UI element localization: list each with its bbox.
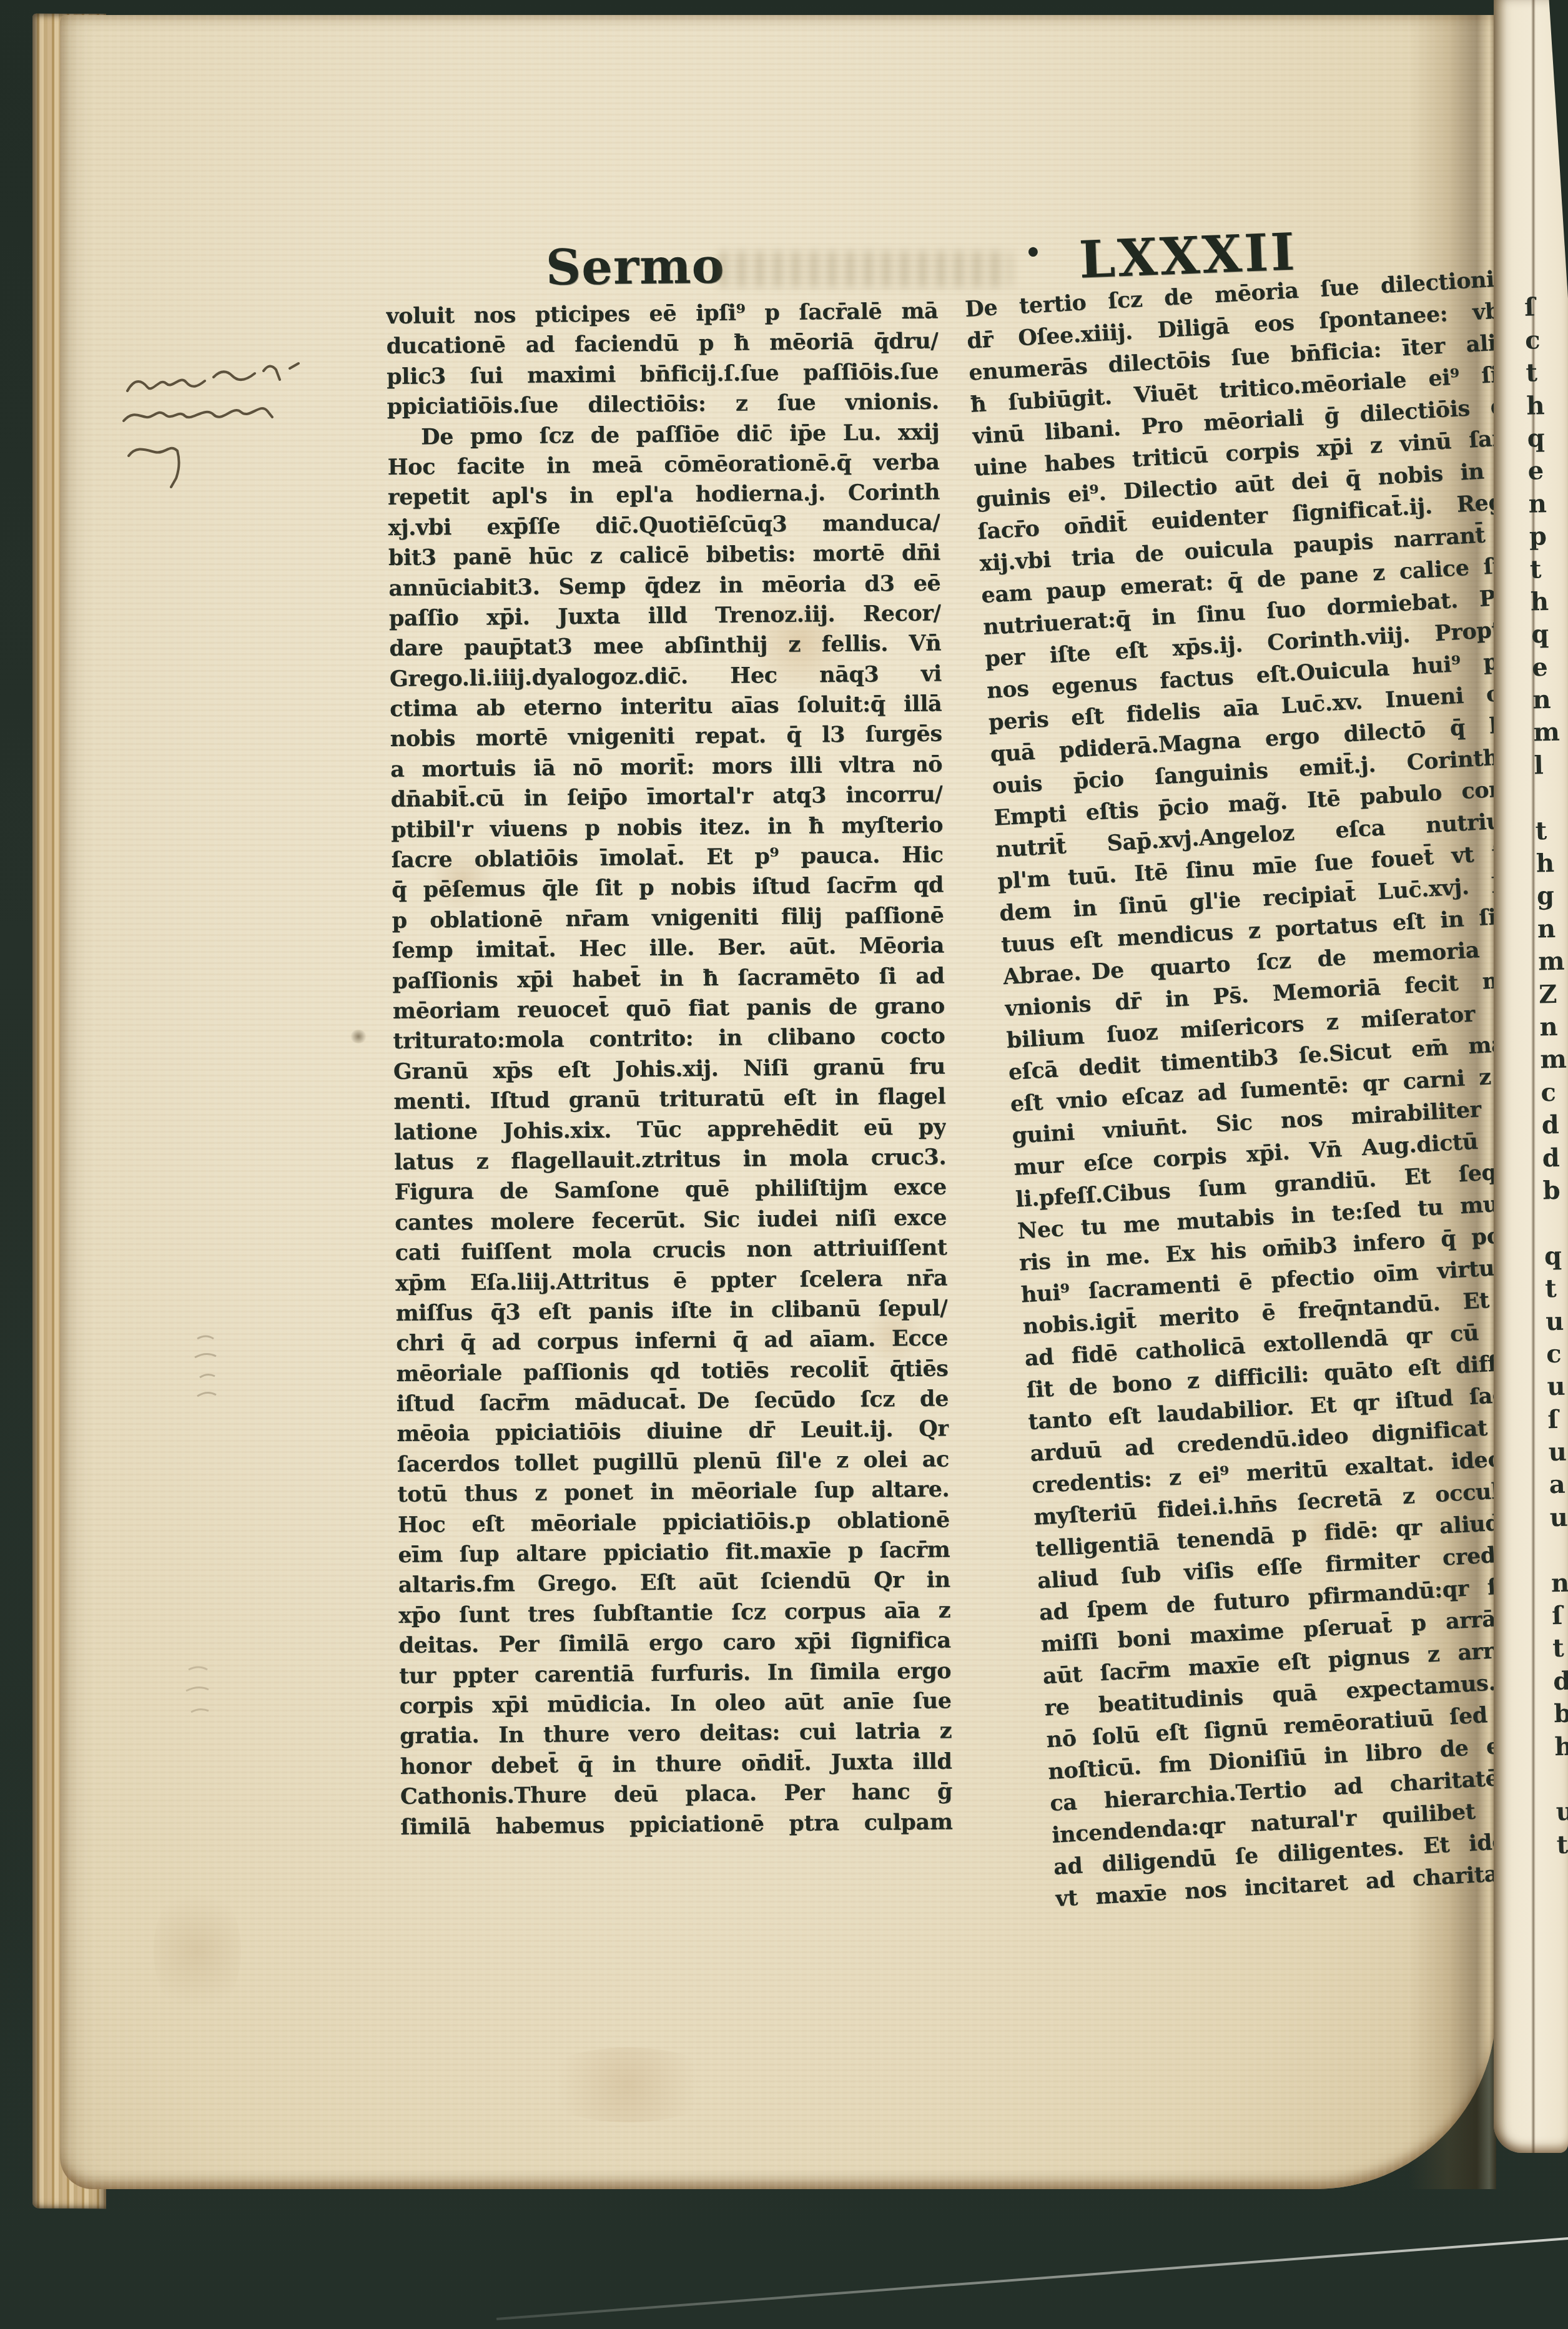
- faint-pencil-marks: [179, 1320, 291, 1420]
- clipped-letter: p: [1529, 520, 1557, 553]
- clipped-letter: ſ: [1552, 1599, 1568, 1632]
- clipped-letter: m: [1540, 1043, 1568, 1076]
- text-line: ducationē ad faciendū p ħ mēoriā q̄dru/: [386, 327, 938, 362]
- text-line: tur ppter carentiā furfuris. In ſimila e…: [399, 1656, 951, 1691]
- text-line: mēoriam reuocet̄ quō fiat panis de grano: [393, 991, 945, 1027]
- text-line: triturato:mola contrito: in clibano coct…: [393, 1022, 945, 1057]
- clipped-letter: ſ: [1524, 291, 1552, 324]
- text-line: Hoc eſt mēoriale ppiciatiōis.p oblationē: [398, 1505, 950, 1540]
- text-line: Granū xp̄s eſt Johis.xij. Niſi granū fru: [393, 1051, 945, 1087]
- clipped-letter: Z: [1539, 978, 1567, 1011]
- handwritten-marginalia: [110, 333, 372, 496]
- text-line: De pmo ſcz de paſſiōe dic̄ ip̄e Lu. xxij: [387, 417, 939, 453]
- text-line: p oblationē nr̄am vnigeniti filij paſſio…: [392, 900, 944, 936]
- book-page: Sermo • LXXXII voluit nos pticipes eē ip…: [60, 15, 1496, 2189]
- clipped-letter: t: [1552, 1632, 1568, 1665]
- text-line: paſſionis xp̄i habet̄ in ħ ſacramēto ſi …: [392, 961, 944, 997]
- text-column-left: voluit nos pticipes eē ipſi⁹ p ſacr̄alē …: [386, 297, 953, 1843]
- clipped-letter: [1557, 1861, 1568, 1894]
- clipped-letter: [1543, 1207, 1568, 1240]
- clipped-letter: u: [1556, 1796, 1568, 1829]
- text-line: cati fuiſſent mola crucis non attriuiſſe…: [395, 1233, 947, 1269]
- clipped-letter: m: [1533, 716, 1561, 749]
- clipped-letter: c: [1525, 324, 1553, 357]
- clipped-letter: g: [1536, 880, 1564, 913]
- clipped-letter: n: [1528, 487, 1556, 520]
- clipped-letter: h: [1536, 847, 1564, 880]
- clipped-letter: b: [1554, 1698, 1568, 1731]
- clipped-letter: [1524, 259, 1552, 292]
- clipped-letter: u: [1549, 1501, 1568, 1534]
- text-line: ppiciatiōis.ſue dilectiōis: z ſue vnioni…: [387, 387, 939, 423]
- clipped-letter: t: [1529, 553, 1557, 586]
- text-line: honor debet̄ q̄ in thure on̄dit̄. Juxta …: [400, 1746, 952, 1782]
- clipped-letter: u: [1548, 1435, 1568, 1469]
- text-line: totū thus z ponet in mēoriale ſup altare…: [397, 1475, 949, 1510]
- text-line: xp̄o ſunt tres ſubſtantie ſcz corpus aīa…: [398, 1595, 950, 1631]
- text-line: dn̄abit̄.cū in ſeip̄o īmortal'r atq3 inc…: [390, 780, 942, 815]
- clipped-letter: u: [1546, 1305, 1568, 1338]
- clipped-letter: e: [1527, 455, 1556, 488]
- text-line: Figura de Samſone quē philiſtijm exce: [394, 1173, 946, 1208]
- clipped-letter: d: [1542, 1141, 1568, 1174]
- text-line: cantes molere fecerūt. Sic iudei niſi ex…: [395, 1203, 947, 1238]
- book-scan: Sermo • LXXXII voluit nos pticipes eē ip…: [0, 0, 1568, 2329]
- text-line: plic3 ſui maximi bn̄ficij.ſ.ſue paſſiōis…: [387, 357, 939, 392]
- ink-spot: [350, 1030, 367, 1043]
- paper-stain: [154, 1882, 241, 2019]
- paper-stain: [535, 2047, 722, 2122]
- clipped-letter: t: [1535, 814, 1563, 847]
- clipped-letter: [1550, 1534, 1568, 1567]
- text-line: chri q̄ ad corpus inferni q̄ ad aīam. Ec…: [396, 1324, 948, 1359]
- text-line: iſtud ſacr̄m māducat̄. De ſecūdo ſcz de: [397, 1384, 949, 1419]
- clipped-letter: a: [1549, 1469, 1568, 1502]
- clipped-letter: l: [1534, 749, 1562, 782]
- clipped-letter: c: [1546, 1337, 1568, 1371]
- clipped-letter: n: [1532, 684, 1561, 717]
- text-line: ſacerdos tollet pugillū plenū ſil'e z ol…: [397, 1444, 949, 1480]
- clipped-letter: d: [1553, 1665, 1568, 1698]
- text-line: Hoc facite in meā cōmēorationē.q̄ verba: [387, 447, 939, 483]
- text-line: bit3 panē hūc z calicē bibetis: mortē dn…: [388, 538, 940, 574]
- text-line: corpis xp̄i mūdicia. In oleo aūt anīe ſu…: [399, 1686, 951, 1721]
- text-line: ptibil'r viuens p nobis itez. in ħ myſte…: [391, 810, 943, 845]
- text-line: Grego.li.iiij.dyalogoz.dic̄. Hec nāq3 vi: [390, 659, 942, 694]
- text-line: a mortuis iā nō morit̄: mors illi vltra …: [390, 749, 942, 785]
- clipped-letter: h: [1531, 586, 1559, 619]
- text-line: ſacre oblatiōis īmolat̄. Et p⁹ pauca. Hi…: [391, 840, 943, 876]
- text-line: xj.vbi exp̄ſſe dic̄.Quotiēſcūq3 manduca/: [388, 508, 940, 543]
- text-line: eīm ſup altare ppiciatio fit.maxīe p ſac…: [398, 1535, 950, 1570]
- text-line: gratia. In thure vero deitas: cui latria…: [400, 1716, 952, 1752]
- clipped-letter: h: [1554, 1730, 1568, 1763]
- text-line: q̄ pēſemus q̄le ſit p nobis iſtud ſacr̄m…: [392, 870, 944, 906]
- text-line: mēoriale paſſionis qd totiēs recolit̄ q̄…: [396, 1354, 948, 1389]
- clipped-letter: u: [1547, 1371, 1568, 1404]
- text-line: voluit nos pticipes eē ipſi⁹ p ſacr̄alē …: [386, 297, 938, 332]
- clipped-letter: n: [1551, 1567, 1568, 1600]
- clipped-letter: q: [1544, 1239, 1568, 1273]
- text-line: annūciabit3. Semp q̄dez in mēoria d3 eē: [388, 568, 940, 604]
- text-line: ſemp imitat̄. Hec ille. Ber. aūt. Mēoria: [392, 931, 944, 967]
- clipped-letter: h: [1526, 389, 1554, 422]
- clipped-letter: [1534, 782, 1562, 815]
- text-line: altaris.fm Grego. Eſt aūt ſciendū Qr in: [398, 1565, 950, 1601]
- text-line: Cathonis.Thure deū placa. Per hanc ḡ: [400, 1777, 952, 1813]
- text-line: mēoia ppiciatiōis diuine dr̄ Leuit.ij. Q…: [397, 1414, 949, 1450]
- ink-showthrough-smudge: [719, 251, 1012, 287]
- text-line: menti. Iſtud granū trituratū eſt in flag…: [393, 1082, 945, 1118]
- clipped-letter: n: [1537, 912, 1566, 945]
- clipped-letter: c: [1541, 1076, 1568, 1109]
- clipped-letter: t: [1556, 1828, 1568, 1861]
- text-line: latione Johis.xix. Tūc apprehēdit eū py: [394, 1112, 946, 1148]
- text-line: nobis mortē vnigeniti repat. q̄ l3 ſurgē…: [390, 719, 942, 755]
- clipped-letter: m: [1538, 945, 1566, 978]
- header-dot: •: [1025, 237, 1042, 268]
- text-line: paſſio xp̄i. Juxta illd Trenoz.iij. Reco…: [389, 598, 941, 634]
- text-line: xp̄m Eſa.liij.Attritus ē ppter ſcelera n…: [395, 1263, 947, 1299]
- text-line: dare paup̄tat3 mee abſinthij z fellis. V…: [389, 629, 941, 664]
- clipped-letter: e: [1532, 651, 1560, 684]
- text-line: deitas. Per ſimilā ergo caro xp̄i ſignif…: [398, 1626, 950, 1662]
- text-line: miſſus q̄3 eſt panis iſte in clibanū ſep…: [395, 1293, 947, 1329]
- clipped-letter: [1555, 1763, 1568, 1796]
- running-title: Sermo: [546, 238, 726, 297]
- clipped-letter: ſ: [1547, 1403, 1568, 1436]
- text-column-right: De tertio ſcz de mēoria ſue dilectionisd…: [964, 263, 1568, 1915]
- text-line: ſimilā habemus ppiciationē ptra culpam: [400, 1807, 952, 1843]
- text-line: latus z flagellauit.ztritus in mola cruc…: [394, 1142, 946, 1178]
- clipped-letter: t: [1545, 1273, 1568, 1306]
- text-line: repetit apl's in epl'a hodierna.j. Corin…: [388, 478, 940, 513]
- scanner-edge-highlight: [496, 2235, 1568, 2320]
- clipped-letter: n: [1539, 1011, 1567, 1044]
- text-line: ctima ab eterno interitu aīas ſoluit:q̄ …: [390, 689, 942, 725]
- clipped-letter: d: [1541, 1109, 1568, 1142]
- clipped-letter: q: [1527, 422, 1555, 455]
- clipped-letter: q: [1531, 618, 1559, 651]
- clipped-letter: b: [1542, 1174, 1568, 1207]
- faint-pencil-marks: [172, 1651, 272, 1738]
- clipped-letter: t: [1526, 357, 1554, 390]
